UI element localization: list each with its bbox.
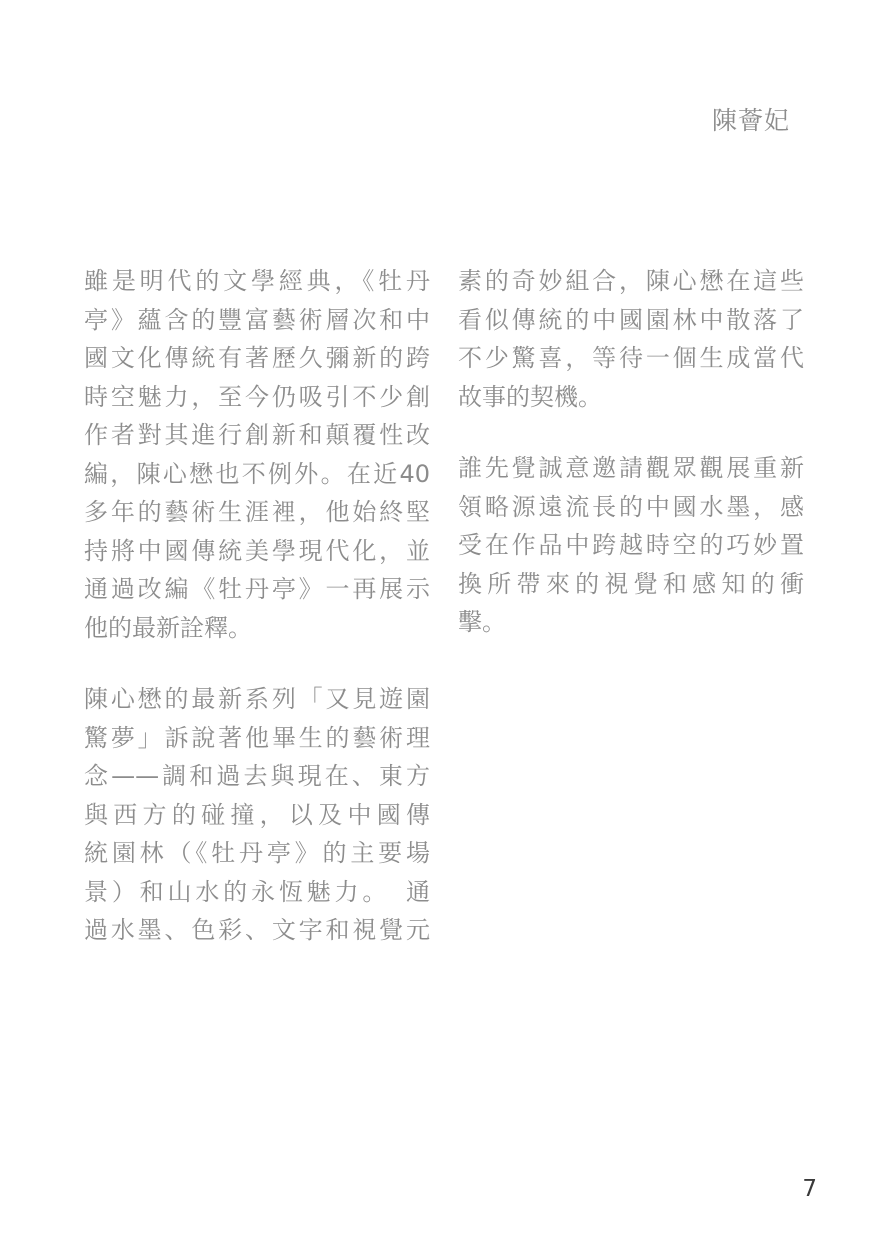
text-column-left: 雖是明代的文學經典，《牡丹 亭》蘊含的豐富藝術層次和中 國文化傳統有著歷久彌新的… — [84, 262, 430, 950]
text-line: 看似傳統的中國園林中散落了 — [458, 301, 804, 340]
text-line: 素的奇妙組合，陳心懋在這些 — [458, 262, 804, 301]
text-line: 景）和山水的永恆魅力。 通 — [84, 873, 430, 912]
text-line: 他的最新詮釋。 — [84, 609, 430, 648]
author-name: 陳薈妃 — [712, 101, 790, 137]
text-line: 通過改編《牡丹亭》一再展示 — [84, 570, 430, 609]
text-line: 與西方的碰撞，以及中國傳 — [84, 796, 430, 835]
paragraph: 陳心懋的最新系列「又見遊園 驚夢」訴說著他畢生的藝術理 念——調和過去與現在、東… — [84, 680, 430, 950]
text-line: 念——調和過去與現在、東方 — [84, 757, 430, 796]
text-line: 過水墨、色彩、文字和視覺元 — [84, 911, 430, 950]
text-line: 驚夢」訴說著他畢生的藝術理 — [84, 719, 430, 758]
text-line: 編，陳心懋也不例外。在近40 — [84, 455, 430, 494]
page-number: 7 — [802, 1176, 817, 1202]
text-line: 誰先覺誠意邀請觀眾觀展重新 — [458, 449, 804, 488]
text-line: 換所帶來的視覺和感知的衝 — [458, 565, 804, 604]
text-line: 領略源遠流長的中國水墨，感 — [458, 488, 804, 527]
text-line: 多年的藝術生涯裡，他始終堅 — [84, 493, 430, 532]
text-line: 受在作品中跨越時空的巧妙置 — [458, 526, 804, 565]
text-line: 持將中國傳統美學現代化，並 — [84, 532, 430, 571]
document-page: 陳薈妃 雖是明代的文學經典，《牡丹 亭》蘊含的豐富藝術層次和中 國文化傳統有著歷… — [0, 0, 874, 1240]
paragraph: 素的奇妙組合，陳心懋在這些 看似傳統的中國園林中散落了 不少驚喜，等待一個生成當… — [458, 262, 804, 416]
text-line: 作者對其進行創新和顛覆性改 — [84, 416, 430, 455]
text-line: 不少驚喜，等待一個生成當代 — [458, 339, 804, 378]
text-line: 故事的契機。 — [458, 378, 804, 417]
text-column-right: 素的奇妙組合，陳心懋在這些 看似傳統的中國園林中散落了 不少驚喜，等待一個生成當… — [458, 262, 804, 642]
text-line: 國文化傳統有著歷久彌新的跨 — [84, 339, 430, 378]
text-line: 擊。 — [458, 603, 804, 642]
text-line: 統園林（《牡丹亭》的主要場 — [84, 834, 430, 873]
paragraph: 雖是明代的文學經典，《牡丹 亭》蘊含的豐富藝術層次和中 國文化傳統有著歷久彌新的… — [84, 262, 430, 647]
text-line: 雖是明代的文學經典，《牡丹 — [84, 262, 430, 301]
paragraph: 誰先覺誠意邀請觀眾觀展重新 領略源遠流長的中國水墨，感 受在作品中跨越時空的巧妙… — [458, 449, 804, 642]
text-line: 時空魅力，至今仍吸引不少創 — [84, 378, 430, 417]
text-line: 陳心懋的最新系列「又見遊園 — [84, 680, 430, 719]
text-line: 亭》蘊含的豐富藝術層次和中 — [84, 301, 430, 340]
